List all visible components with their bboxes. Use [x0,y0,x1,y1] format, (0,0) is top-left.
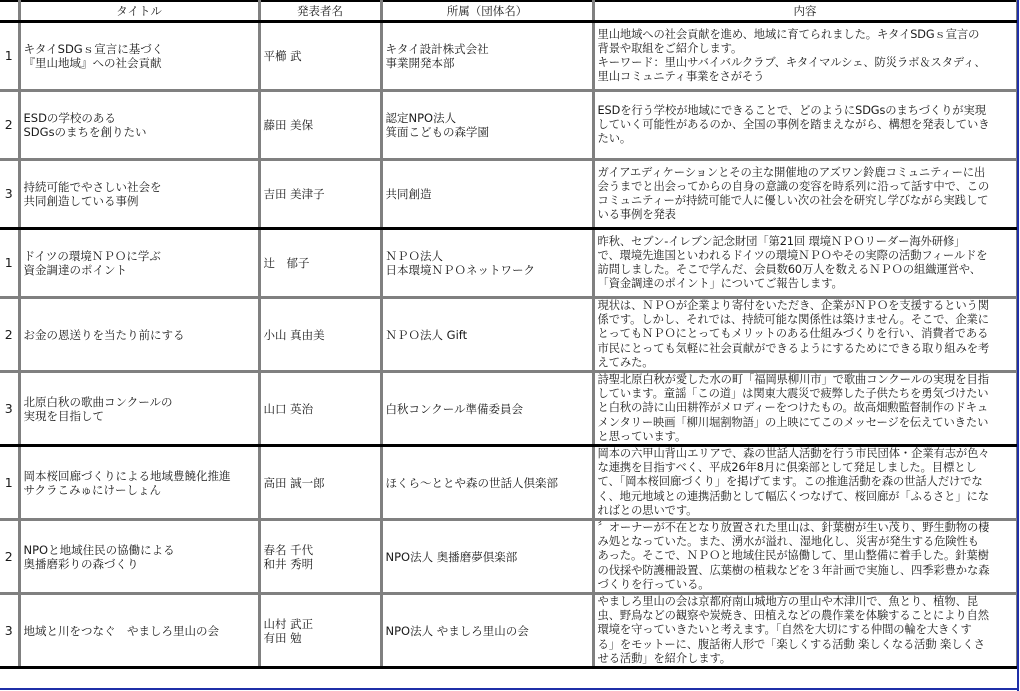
row-number: 1 [0,446,19,520]
content-cell-line: 係です。しかし、それでは、持続可能な関係性は築けません。そこで、企業に [598,313,1014,327]
content-cell-line: えてみた。 [598,356,1014,370]
content-cell-line: キーワード：里山サバイバルクラブ、キタイマルシェ、防災ラボ＆スタディ、 [598,56,1014,70]
affiliation-cell: NPO法人 やましろ里山の会 [381,594,593,668]
content-cell-line: て、「岡本桜回廊づくり」を掲げてます。この推進活動を森の世話人だけでな [598,475,1014,489]
title-cell: NPOと地域住民の協働による奥播磨彩りの森づくり [19,520,259,594]
title-cell-line: 岡本桜回廊づくりによる地域豊饒化推進 [24,469,255,483]
affiliation-cell: NPO法人 奥播磨夢倶楽部 [381,520,593,594]
content-cell-line: づくりを行っている。 [598,578,1014,592]
affiliation-cell: 白秋コンクール準備委員会 [381,372,593,446]
presenter-cell: 吉田 美津子 [259,160,381,229]
affiliation-cell-line: 共同創造 [386,187,589,201]
table-row: 1キタイSDGｓ宣言に基づく『里山地域』への社会貢献平櫛 武キタイ設計株式会社事… [0,22,1017,91]
affiliation-cell-line: 認定NPO法人 [386,111,589,125]
header-affiliation: 所属（団体名） [381,1,593,22]
affiliation-cell-line: 日本環境ＮＰＯネットワーク [386,263,589,277]
content-cell-line: 詩聖北原白秋が愛した水の町「福岡県柳川市」で歌曲コンクールの実現を目指 [598,373,1014,387]
content-cell-line: たい。 [598,132,1014,146]
title-cell-line: キタイSDGｓ宣言に基づく [24,42,255,56]
content-cell: 現状は、ＮＰＯが企業より寄付をいただき、企業がＮＰＯを支援するという関係です。し… [593,298,1017,372]
presenter-cell-line: 和井 秀明 [264,557,377,571]
window-right-edge [1017,0,1019,691]
title-cell: お金の恩送りを当たり前にする [19,298,259,372]
window-bottom-edge [0,688,1019,690]
title-cell-line: 持続可能でやさしい社会を [24,180,255,194]
content-cell-line: な連携を目指すべく、平成26年8月に倶楽部として発足しました。目標とし [598,461,1014,475]
presentation-table-container: タイトル 発表者名 所属（団体名） 内容 1キタイSDGｓ宣言に基づく『里山地域… [0,0,1017,689]
content-cell: 里山地域への社会貢献を進め、地域に育てられました。キタイSDGｓ宣言の背景や取組… [593,22,1017,91]
title-cell: 北原白秋の歌曲コンクールの実現を目指して [19,372,259,446]
content-cell-line: やましろ里山の会は京都府南山城地方の里山や木津川で、魚とり、植物、昆 [598,595,1014,609]
title-cell-line: ドイツの環境ＮＰＯに学ぶ [24,249,255,263]
affiliation-cell: 認定NPO法人箕面こどもの森学園 [381,91,593,160]
title-cell: キタイSDGｓ宣言に基づく『里山地域』への社会貢献 [19,22,259,91]
table-row: 3北原白秋の歌曲コンクールの実現を目指して山口 英治白秋コンクール準備委員会詩聖… [0,372,1017,446]
content-cell-line: ガイアエディケーションとその主な開催地のアズワン鈴鹿コミュニティーに出 [598,166,1014,180]
affiliation-cell-line: ＮＰＯ法人 [386,249,589,263]
content-cell-line: とってもＮＰＯにとってもメリットのある仕組みづくりを行い、消費者である [598,327,1014,341]
content-cell-line: 背景や取組をご紹介します。 [598,42,1014,56]
presenter-cell-line: 吉田 美津子 [264,187,377,201]
presenter-cell-line: 小山 真由美 [264,328,377,342]
presenter-cell: 辻 郁子 [259,229,381,298]
content-cell-line: く、地元地域との連携活動として幅広くつなげて、桜回廊が「ふるさと」にな [598,490,1014,504]
content-cell-line: と白秋の詩に山田耕筰がメロディーをつけたもの。故高畑勲監督制作のドキュ [598,401,1014,415]
content-cell-line: 〞オーナーが不在となり放置された里山は、針葉樹が生い茂り、野生動物の棲 [598,521,1014,535]
header-row: タイトル 発表者名 所属（団体名） 内容 [0,1,1017,22]
affiliation-cell-line: 白秋コンクール準備委員会 [386,402,589,416]
content-cell-line: ればとの思いです。 [598,504,1014,518]
affiliation-cell-line: 箕面こどもの森学園 [386,125,589,139]
affiliation-cell-line: キタイ設計株式会社 [386,42,589,56]
presenter-cell-line: 高田 誠一郎 [264,476,377,490]
content-cell-line: 里山地域への社会貢献を進め、地域に育てられました。キタイSDGｓ宣言の [598,28,1014,42]
content-cell-line: しています。童謡「この道」は関東大震災で疲弊した子供たちを勇気づけたい [598,387,1014,401]
affiliation-cell-line: NPO法人 奥播磨夢倶楽部 [386,550,589,564]
table-row: 3持続可能でやさしい社会を共同創造している事例吉田 美津子共同創造ガイアエディケ… [0,160,1017,229]
row-number: 2 [0,298,19,372]
content-cell: ガイアエディケーションとその主な開催地のアズワン鈴鹿コミュニティーに出会うまでと… [593,160,1017,229]
content-cell-line: 昨秋、セブン-イレブン記念財団「第21回 環境ＮＰＯリーダー海外研修」 [598,235,1014,249]
presenter-cell: 藤田 美保 [259,91,381,160]
table-row: 2ESDの学校のあるSDGsのまちを創りたい藤田 美保認定NPO法人箕面こどもの… [0,91,1017,160]
content-cell-line: ESDを行う学校が地域にできることで、どのようにSDGsのまちづくりが実現 [598,104,1014,118]
title-cell-line: 共同創造している事例 [24,194,255,208]
row-number: 1 [0,22,19,91]
affiliation-cell-line: 事業開発本部 [386,56,589,70]
presenter-cell: 平櫛 武 [259,22,381,91]
row-number: 3 [0,594,19,668]
affiliation-cell: 共同創造 [381,160,593,229]
content-cell-line: で、環境先進国といわれるドイツの環境ＮＰＯやその実際の活動フィールドを [598,249,1014,263]
content-cell-line: 里山コミュニティ事業をさがそう [598,70,1014,84]
header-content: 内容 [593,1,1017,22]
presenter-cell-line: 辻 郁子 [264,256,377,270]
content-cell-line: メンタリー映画「柳川堀割物語」の上映にてこのメッセージを伝えていきたい [598,416,1014,430]
title-cell: ESDの学校のあるSDGsのまちを創りたい [19,91,259,160]
title-cell-line: サクラこみゅにけーしょん [24,483,255,497]
title-cell: 持続可能でやさしい社会を共同創造している事例 [19,160,259,229]
row-number: 2 [0,91,19,160]
presenter-cell: 高田 誠一郎 [259,446,381,520]
content-cell: 〞オーナーが不在となり放置された里山は、針葉樹が生い茂り、野生動物の棲み処となっ… [593,520,1017,594]
presenter-cell: 春名 千代和井 秀明 [259,520,381,594]
content-cell-line: 「資金調達のポイント」についてご報告します。 [598,277,1014,291]
content-cell-line: 訪問しました。そこで学んだ、会員数60万人を数えるＮＰＯの組織運営や、 [598,263,1014,277]
title-cell-line: 地域と川をつなぐ やましろ里山の会 [24,624,255,638]
content-cell-line: 会うまでと出会ってからの自身の意識の変容を時系列に沿って話す中で、この [598,180,1014,194]
row-number: 3 [0,160,19,229]
content-cell-line: 虫、野鳥などの観察や炭焼き、田植えなどの農作業を体験することにより自然 [598,609,1014,623]
table-row: 1ドイツの環境ＮＰＯに学ぶ資金調達のポイント辻 郁子ＮＰＯ法人日本環境ＮＰＯネッ… [0,229,1017,298]
content-cell: 岡本の六甲山背山エリアで、森の世話人活動を行う市民団体・企業有志が色々な連携を目… [593,446,1017,520]
header-number [0,1,19,22]
presenter-cell-line: 山村 武正 [264,617,377,631]
content-cell-line: コミュニティーが持続可能で人に優しい次の社会を研究し学びながら実践して [598,194,1014,208]
title-cell: 地域と川をつなぐ やましろ里山の会 [19,594,259,668]
affiliation-cell: ＮＰＯ法人 Gift [381,298,593,372]
presenter-cell-line: 春名 千代 [264,543,377,557]
row-number: 3 [0,372,19,446]
title-cell-line: SDGsのまちを創りたい [24,125,255,139]
title-cell-line: 実現を目指して [24,409,255,423]
content-cell-line: せる活動」を紹介します。 [598,652,1014,666]
content-cell-line: していく可能性があるのか、全国の事例を踏まえながら、構想を発表していき [598,118,1014,132]
presentation-table: タイトル 発表者名 所属（団体名） 内容 1キタイSDGｓ宣言に基づく『里山地域… [0,0,1019,669]
title-cell-line: 資金調達のポイント [24,263,255,277]
affiliation-cell-line: ＮＰＯ法人 Gift [386,328,589,342]
content-cell-line: の伐採や防護柵設置、広葉樹の植栽などを３年計画で実施し、四季彩豊かな森 [598,564,1014,578]
title-cell-line: 北原白秋の歌曲コンクールの [24,395,255,409]
presenter-cell-line: 山口 英治 [264,402,377,416]
content-cell-line: み処となっていた。また、湧水が溢れ、湿地化し、災害が発生する危険性も [598,535,1014,549]
header-presenter: 発表者名 [259,1,381,22]
presenter-cell-line: 有田 勉 [264,631,377,645]
affiliation-cell: ＮＰＯ法人日本環境ＮＰＯネットワーク [381,229,593,298]
row-number: 1 [0,229,19,298]
affiliation-cell: キタイ設計株式会社事業開発本部 [381,22,593,91]
content-cell: 昨秋、セブン-イレブン記念財団「第21回 環境ＮＰＯリーダー海外研修」で、環境先… [593,229,1017,298]
title-cell-line: 『里山地域』への社会貢献 [24,56,255,70]
title-cell: ドイツの環境ＮＰＯに学ぶ資金調達のポイント [19,229,259,298]
affiliation-cell: ほくら～ととや森の世話人倶楽部 [381,446,593,520]
content-cell-line: る」をモットーに、腹話術人形で「楽しくする活動 楽しくなる活動 楽しくさ [598,638,1014,652]
content-cell-line: いる事例を発表 [598,208,1014,222]
title-cell-line: NPOと地域住民の協働による [24,543,255,557]
content-cell: ESDを行う学校が地域にできることで、どのようにSDGsのまちづくりが実現してい… [593,91,1017,160]
content-cell: 詩聖北原白秋が愛した水の町「福岡県柳川市」で歌曲コンクールの実現を目指しています… [593,372,1017,446]
header-title: タイトル [19,1,259,22]
table-body: 1キタイSDGｓ宣言に基づく『里山地域』への社会貢献平櫛 武キタイ設計株式会社事… [0,22,1017,668]
affiliation-cell-line: ほくら～ととや森の世話人倶楽部 [386,476,589,490]
presenter-cell: 山村 武正有田 勉 [259,594,381,668]
presenter-cell: 小山 真由美 [259,298,381,372]
content-cell: やましろ里山の会は京都府南山城地方の里山や木津川で、魚とり、植物、昆虫、野鳥など… [593,594,1017,668]
content-cell-line: 現状は、ＮＰＯが企業より寄付をいただき、企業がＮＰＯを支援するという関 [598,299,1014,313]
content-cell-line: 岡本の六甲山背山エリアで、森の世話人活動を行う市民団体・企業有志が色々 [598,447,1014,461]
title-cell: 岡本桜回廊づくりによる地域豊饒化推進サクラこみゅにけーしょん [19,446,259,520]
table-row: 3地域と川をつなぐ やましろ里山の会山村 武正有田 勉NPO法人 やましろ里山の… [0,594,1017,668]
title-cell-line: 奥播磨彩りの森づくり [24,557,255,571]
table-row: 2お金の恩送りを当たり前にする小山 真由美ＮＰＯ法人 Gift現状は、ＮＰＯが企… [0,298,1017,372]
title-cell-line: ESDの学校のある [24,111,255,125]
content-cell-line: と思っています。 [598,430,1014,444]
content-cell-line: 市民にとっても気軽に社会貢献ができるようにするためにできる取り組みを考 [598,342,1014,356]
title-cell-line: お金の恩送りを当たり前にする [24,328,255,342]
row-number: 2 [0,520,19,594]
presenter-cell-line: 藤田 美保 [264,118,377,132]
affiliation-cell-line: NPO法人 やましろ里山の会 [386,624,589,638]
presenter-cell: 山口 英治 [259,372,381,446]
content-cell-line: あった。そこで、ＮＰＯと地域住民が協働して、里山整備に着手した。針葉樹 [598,549,1014,563]
presenter-cell-line: 平櫛 武 [264,49,377,63]
content-cell-line: 環境を守っていきたいと考えます。「自然を大切にする仲間の輪を大きくす [598,623,1014,637]
table-row: 2NPOと地域住民の協働による奥播磨彩りの森づくり春名 千代和井 秀明NPO法人… [0,520,1017,594]
table-row: 1岡本桜回廊づくりによる地域豊饒化推進サクラこみゅにけーしょん高田 誠一郎ほくら… [0,446,1017,520]
